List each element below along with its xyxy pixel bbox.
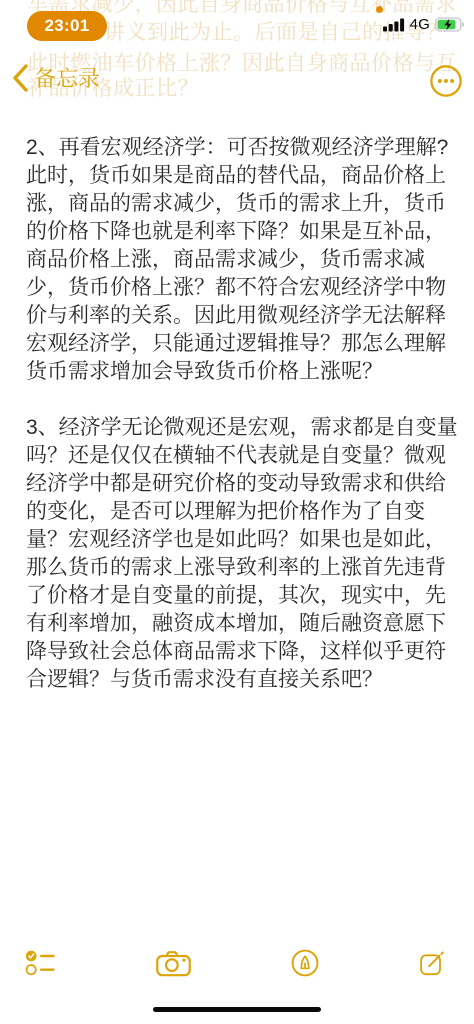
compose-button[interactable] — [419, 949, 447, 977]
note-paragraph: 3、经济学无论微观还是宏观，需求都是自变量 吗？还是仅仅在横轴不代表就是自变量？… — [26, 414, 458, 694]
nav-bar: 备忘录 — [0, 58, 474, 104]
bottom-toolbar — [0, 936, 474, 990]
note-paragraph: 2、再看宏观经济学：可否按微观经济学理解? 此时，货币如果是商品的替代品，商品价… — [26, 134, 458, 386]
cellular-signal-icon — [383, 18, 405, 32]
camera-icon — [156, 950, 191, 977]
markup-pen-icon — [291, 949, 319, 977]
battery-charging-icon — [435, 17, 465, 32]
home-indicator[interactable] — [153, 1007, 321, 1012]
more-options-button[interactable] — [429, 64, 463, 98]
checklist-button[interactable] — [25, 949, 56, 977]
note-content[interactable]: 2、再看宏观经济学：可否按微观经济学理解? 此时，货币如果是商品的替代品，商品价… — [0, 106, 474, 722]
notes-app-screen: 车需求减少，因此自身商品价格与互补品需求 讲义到此为止。后面是自己的推导？ 此时… — [0, 0, 474, 1024]
back-button[interactable]: 备忘录 — [10, 62, 100, 93]
network-type-label: 4G — [410, 16, 430, 33]
back-chevron-icon — [10, 63, 30, 93]
compose-icon — [419, 949, 447, 977]
status-bar-right-cluster: 4G — [383, 16, 465, 33]
ellipsis-circle-icon — [429, 64, 463, 98]
microphone-indicator-dot — [376, 6, 383, 13]
status-time: 23:01 — [45, 16, 90, 36]
status-time-pill: 23:01 — [27, 11, 107, 41]
markup-button[interactable] — [291, 949, 319, 977]
back-button-label: 备忘录 — [34, 62, 100, 93]
checklist-icon — [25, 949, 56, 977]
camera-button[interactable] — [156, 950, 191, 977]
